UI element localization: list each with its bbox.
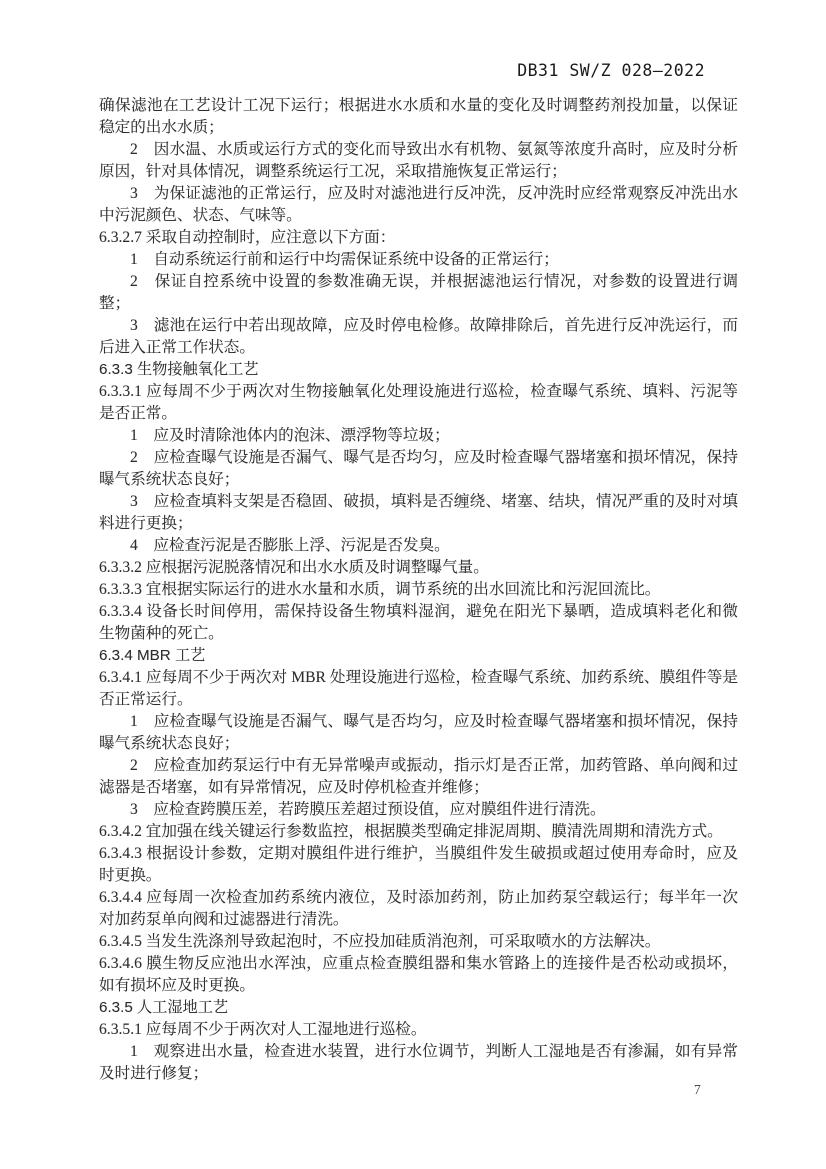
page-number: 7 bbox=[694, 1082, 701, 1098]
paragraph-clause: 6.3.4.1 应每周不少于两次对 MBR 处理设施进行巡检，检查曝气系统、加药… bbox=[99, 667, 738, 711]
paragraph-clause: 6.3.4.3 根据设计参数，定期对膜组件进行维护，当膜组件发生破损或超过使用寿… bbox=[99, 843, 738, 887]
paragraph-item: 2 因水温、水质或运行方式的变化而导致出水有机物、氨氮等浓度升高时，应及时分析原… bbox=[99, 139, 738, 183]
paragraph-clause: 6.3.4.5 当发生洗涤剂导致起泡时，不应投加硅质消泡剂，可采取喷水的方法解决… bbox=[99, 931, 738, 953]
paragraph-item: 4 应检查污泥是否膨胀上浮、污泥是否发臭。 bbox=[99, 535, 738, 557]
paragraph-heading: 6.3.4 MBR 工艺 bbox=[99, 645, 738, 667]
document-page: DB31 SW/Z 028—2022 确保滤池在工艺设计工况下运行；根据进水水质… bbox=[0, 0, 826, 1169]
paragraph-item: 2 应检查曝气设施是否漏气、曝气是否均匀，应及时检查曝气器堵塞和损坏情况，保持曝… bbox=[99, 447, 738, 491]
paragraph-item: 2 应检查加药泵运行中有无异常噪声或振动，指示灯是否正常，加药管路、单向阀和过滤… bbox=[99, 755, 738, 799]
paragraph-clause: 6.3.4.6 膜生物反应池出水浑浊，应重点检查膜组器和集水管路上的连接件是否松… bbox=[99, 953, 738, 997]
paragraph-item: 1 观察进出水量，检查进水装置，进行水位调节，判断人工湿地是否有渗漏，如有异常及… bbox=[99, 1041, 738, 1085]
paragraph-continuation: 确保滤池在工艺设计工况下运行；根据进水水质和水量的变化及时调整药剂投加量，以保证… bbox=[99, 95, 738, 139]
paragraph-item: 3 应检查填料支架是否稳固、破损，填料是否缠绕、堵塞、结块，情况严重的及时对填料… bbox=[99, 491, 738, 535]
paragraph-item: 1 自动系统运行前和运行中均需保证系统中设备的正常运行； bbox=[99, 249, 738, 271]
standard-code-header: DB31 SW/Z 028—2022 bbox=[0, 61, 705, 80]
paragraph-clause: 6.3.4.2 宜加强在线关键运行参数监控，根据膜类型确定排泥周期、膜清洗周期和… bbox=[99, 821, 738, 843]
paragraph-clause: 6.3.2.7 采取自动控制时，应注意以下方面： bbox=[99, 227, 738, 249]
paragraph-item: 3 为保证滤池的正常运行，应及时对滤池进行反冲洗，反冲洗时应经常观察反冲洗出水中… bbox=[99, 183, 738, 227]
paragraph-item: 3 应检查跨膜压差，若跨膜压差超过预设值，应对膜组件进行清洗。 bbox=[99, 799, 738, 821]
paragraph-clause: 6.3.3.2 应根据污泥脱落情况和出水水质及时调整曝气量。 bbox=[99, 557, 738, 579]
paragraph-item: 2 保证自控系统中设置的参数准确无误，并根据滤池运行情况，对参数的设置进行调整； bbox=[99, 271, 738, 315]
paragraph-clause: 6.3.5.1 应每周不少于两次对人工湿地进行巡检。 bbox=[99, 1019, 738, 1041]
paragraph-heading: 6.3.3 生物接触氧化工艺 bbox=[99, 359, 738, 381]
paragraph-clause: 6.3.3.1 应每周不少于两次对生物接触氧化处理设施进行巡检，检查曝气系统、填… bbox=[99, 381, 738, 425]
paragraph-clause: 6.3.3.4 设备长时间停用，需保持设备生物填料湿润，避免在阳光下暴晒，造成填… bbox=[99, 601, 738, 645]
paragraph-heading: 6.3.5 人工湿地工艺 bbox=[99, 997, 738, 1019]
paragraph-item: 1 应及时清除池体内的泡沫、漂浮物等垃圾； bbox=[99, 425, 738, 447]
paragraph-clause: 6.3.4.4 应每周一次检查加药系统内液位，及时添加药剂，防止加药泵空载运行；… bbox=[99, 887, 738, 931]
paragraph-item: 3 滤池在运行中若出现故障，应及时停电检修。故障排除后，首先进行反冲洗运行，而后… bbox=[99, 315, 738, 359]
paragraph-clause: 6.3.3.3 宜根据实际运行的进水水量和水质，调节系统的出水回流比和污泥回流比… bbox=[99, 579, 738, 601]
paragraph-item: 1 应检查曝气设施是否漏气、曝气是否均匀，应及时检查曝气器堵塞和损坏情况，保持曝… bbox=[99, 711, 738, 755]
page-body: 确保滤池在工艺设计工况下运行；根据进水水质和水量的变化及时调整药剂投加量，以保证… bbox=[99, 95, 738, 1085]
